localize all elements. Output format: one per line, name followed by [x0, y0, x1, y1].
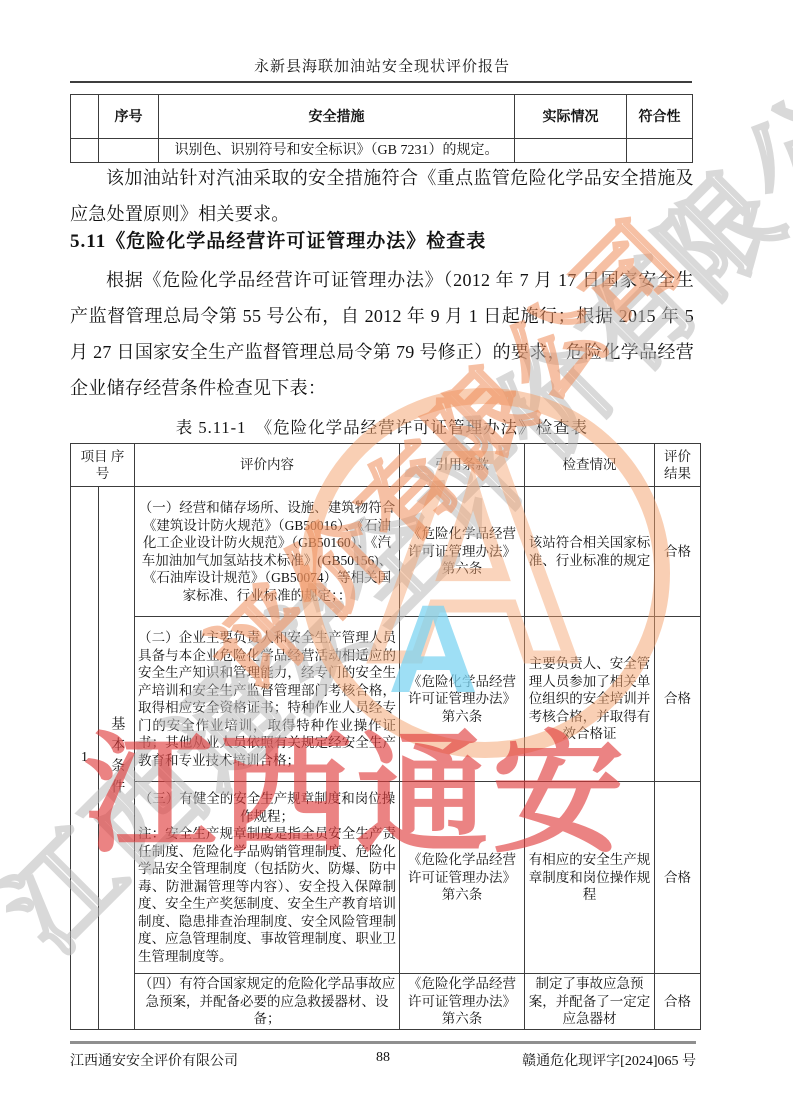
checklist-row-1: 1 基本条件 （一）经营和储存场所、设施、建筑物符合《建筑设计防火规范》（GB5… — [71, 487, 701, 617]
header-rule — [70, 81, 692, 83]
result-cell-1: 合格 — [655, 487, 701, 617]
intro-paragraph: 根据《危险化学品经营许可证管理办法》（2012 年 7 月 17 日国家安全生产… — [70, 262, 694, 406]
content-cell-1: （一）经营和储存场所、设施、建筑物符合《建筑设计防火规范》（GB50016）、《… — [135, 487, 400, 617]
checklist-row-3: （三）有健全的安全生产规章制度和岗位操作规程； 注：安全生产规章制度是指全员安全… — [71, 782, 701, 974]
check-cell-2: 主要负责人、安全管理人员参加了相关单位组织的安全培训并考核合格，并取得有效合格证 — [525, 617, 655, 782]
clause-cell-1: 《危险化学品经营许可证管理办法》第六条 — [400, 487, 525, 617]
result-cell-4: 合格 — [655, 974, 701, 1030]
safety-measures-table: 序号 安全措施 实际情况 符合性 识别色、识别符号和安全标识》（GB 7231）… — [70, 94, 693, 163]
header-check: 检查情况 — [525, 444, 655, 487]
cell-conform — [627, 139, 693, 163]
page-header-title: 永新县海联加油站安全现状评价报告 — [70, 55, 694, 76]
content-cell-2: （二）企业主要负责人和安全生产管理人员具备与本企业危险化学品经营活动相适应的安全… — [135, 617, 400, 782]
header-actual: 实际情况 — [515, 95, 627, 139]
content-cell-3: （三）有健全的安全生产规章制度和岗位操作规程； 注：安全生产规章制度是指全员安全… — [135, 782, 400, 974]
cell-empty — [71, 139, 99, 163]
check-cell-4: 制定了事故应急预案，并配备了一定定应急器材 — [525, 974, 655, 1030]
item-number-cell: 1 — [71, 487, 99, 1030]
category-vertical-label: 基本条件 — [108, 716, 126, 800]
license-checklist-table: 项目 序号 评价内容 引用条款 检查情况 评价 结果 1 基本条件 （一）经营和… — [70, 443, 701, 1030]
header-item-no: 项目 序号 — [71, 444, 135, 487]
footer-company: 江西通安安全评价有限公司 — [70, 1050, 238, 1070]
table-header-row: 序号 安全措施 实际情况 符合性 — [71, 95, 693, 139]
check-cell-3: 有相应的安全生产规章制度和岗位操作规程 — [525, 782, 655, 974]
header-measure: 安全措施 — [159, 95, 515, 139]
footer-doc-number: 赣通危化现评字[2024]065 号 — [522, 1050, 696, 1070]
clause-cell-4: 《危险化学品经营许可证管理办法》第六条 — [400, 974, 525, 1030]
result-cell-2: 合格 — [655, 617, 701, 782]
cell-actual — [515, 139, 627, 163]
content-cell-4: （四）有符合国家规定的危险化学品事故应急预案，并配备必要的应急救援器材、设备； — [135, 974, 400, 1030]
page-footer: 88 江西通安安全评价有限公司 赣通危化现评字[2024]065 号 — [70, 1050, 696, 1070]
result-cell-3: 合格 — [655, 782, 701, 974]
header-content: 评价内容 — [135, 444, 400, 487]
clause-cell-2: 《危险化学品经营许可证管理办法》第六条 — [400, 617, 525, 782]
header-empty-cell — [71, 95, 99, 139]
cell-seq — [99, 139, 159, 163]
header-result: 评价 结果 — [655, 444, 701, 487]
summary-paragraph: 该加油站针对汽油采取的安全措施符合《重点监管危险化学品安全措施及应急处置原则》相… — [70, 160, 694, 232]
cell-measure: 识别色、识别符号和安全标识》（GB 7231）的规定。 — [159, 139, 515, 163]
report-page: 江西通安全评价有限公司 A A 评价有限公司 江西通安 永新县海联加油站安全现状… — [0, 0, 793, 1120]
checklist-header-row: 项目 序号 评价内容 引用条款 检查情况 评价 结果 — [71, 444, 701, 487]
section-heading-5-11: 5.11《危险化学品经营许可证管理办法》检查表 — [70, 226, 694, 253]
category-cell: 基本条件 — [99, 487, 135, 1030]
content-3-head: （三）有健全的安全生产规章制度和岗位操作规程； — [138, 790, 396, 825]
checklist-row-4: （四）有符合国家规定的危险化学品事故应急预案，并配备必要的应急救援器材、设备； … — [71, 974, 701, 1030]
content-3-note: 注：安全生产规章制度是指全员安全生产责任制度、危险化学品购销管理制度、危险化学品… — [138, 825, 396, 965]
header-conform: 符合性 — [627, 95, 693, 139]
header-seq: 序号 — [99, 95, 159, 139]
table-row: 识别色、识别符号和安全标识》（GB 7231）的规定。 — [71, 139, 693, 163]
clause-cell-3: 《危险化学品经营许可证管理办法》第六条 — [400, 782, 525, 974]
table-caption: 表 5.11-1 《危险化学品经营许可证管理办法》检查表 — [70, 414, 694, 438]
footer-rule — [70, 1041, 696, 1044]
check-cell-1: 该站符合相关国家标准、行业标准的规定 — [525, 487, 655, 617]
checklist-row-2: （二）企业主要负责人和安全生产管理人员具备与本企业危险化学品经营活动相适应的安全… — [71, 617, 701, 782]
header-clause: 引用条款 — [400, 444, 525, 487]
